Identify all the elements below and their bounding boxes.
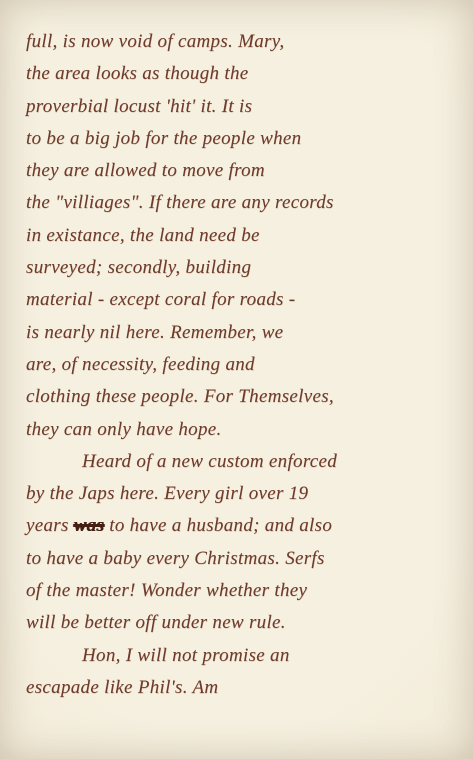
letter-line: in existance, the land need be xyxy=(26,220,459,252)
letter-line: are, of necessity, feeding and xyxy=(26,349,459,381)
letter-line-with-strikethrough: years was to have a husband; and also xyxy=(26,510,459,542)
letter-line: full, is now void of camps. Mary, xyxy=(26,26,459,58)
letter-line: material - except coral for roads - xyxy=(26,284,459,316)
letter-line: clothing these people. For Themselves, xyxy=(26,381,459,413)
letter-line-paragraph-start: Heard of a new custom enforced xyxy=(26,446,459,478)
letter-line: by the Japs here. Every girl over 19 xyxy=(26,478,459,510)
letter-line: surveyed; secondly, building xyxy=(26,252,459,284)
letter-text-before-strike: years xyxy=(26,515,74,536)
letter-line: the "villiages". If there are any record… xyxy=(26,187,459,219)
letter-line: they can only have hope. xyxy=(26,414,459,446)
letter-text-after-strike: to have a husband; and also xyxy=(104,515,332,536)
letter-line: will be better off under new rule. xyxy=(26,607,459,639)
letter-line: the area looks as though the xyxy=(26,58,459,90)
letter-line: proverbial locust 'hit' it. It is xyxy=(26,91,459,123)
letter-line: of the master! Wonder whether they xyxy=(26,575,459,607)
letter-line-paragraph-start: Hon, I will not promise an xyxy=(26,640,459,672)
letter-line: escapade like Phil's. Am xyxy=(26,672,459,704)
letter-line: to have a baby every Christmas. Serfs xyxy=(26,543,459,575)
letter-page: full, is now void of camps. Mary, the ar… xyxy=(0,0,473,759)
struck-out-word: was xyxy=(74,515,104,536)
letter-line: they are allowed to move from xyxy=(26,155,459,187)
letter-line: is nearly nil here. Remember, we xyxy=(26,317,459,349)
letter-line: to be a big job for the people when xyxy=(26,123,459,155)
